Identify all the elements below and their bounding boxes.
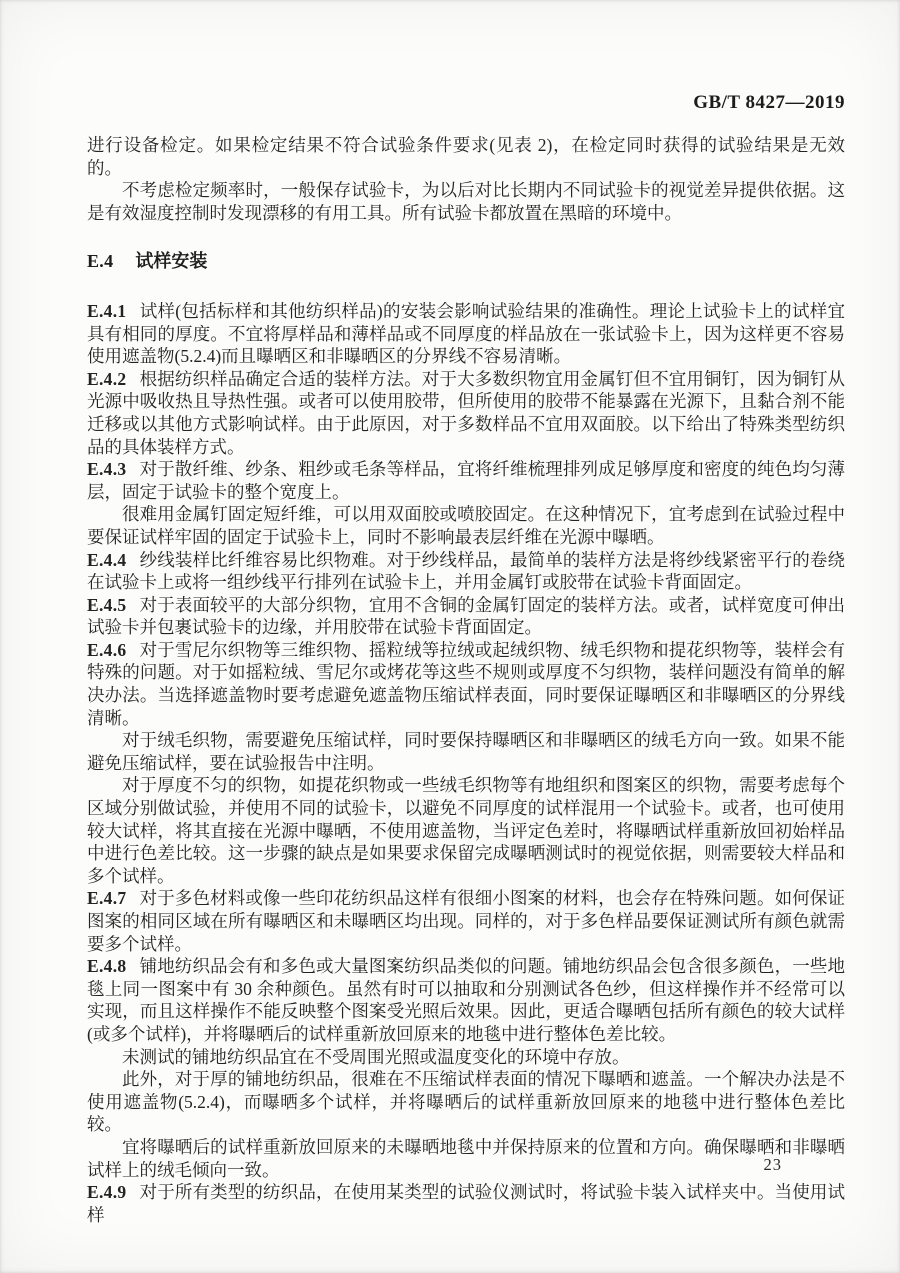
paragraph: 不考虑检定频率时，一般保存试验卡，为以后对比长期内不同试验卡的视觉差异提供依据。… xyxy=(87,179,845,224)
paragraph: 进行设备检定。如果检定结果不符合试验条件要求(见表 2)，在检定同时获得的试验结… xyxy=(87,134,845,179)
section-heading: E.4试样安装 xyxy=(87,250,845,273)
paragraph: E.4.4纱线装样比纤维容易比织物难。对于纱线样品，最简单的装样方法是将纱线紧密… xyxy=(87,549,845,594)
clause-label: E.4.9 xyxy=(87,1182,126,1202)
paragraph: E.4.5对于表面较平的大部分织物，宜用不含铜的金属钉固定的装样方法。或者，试样… xyxy=(87,594,845,639)
paragraph-text: 对于雪尼尔织物等三维织物、摇粒绒等拉绒或起绒织物、绒毛织物和提花织物等，装样会有… xyxy=(87,640,845,728)
paragraph-text: 对于厚度不匀的织物，如提花织物或一些绒毛织物等有地组织和图案区的织物，需要考虑每… xyxy=(87,775,845,885)
paragraph: 此外，对于厚的铺地纺织品，很难在不压缩试样表面的情况下曝晒和遮盖。一个解决办法是… xyxy=(87,1068,845,1136)
document-page: GB/T 8427—2019 进行设备检定。如果检定结果不符合试验条件要求(见表… xyxy=(0,0,900,1273)
paragraph-text: 进行设备检定。如果检定结果不符合试验条件要求(见表 2)，在检定同时获得的试验结… xyxy=(87,135,845,178)
paragraph-text: 纱线装样比纤维容易比织物难。对于纱线样品，最简单的装样方法是将纱线紧密平行的卷绕… xyxy=(87,550,845,593)
paragraph: 未测试的铺地纺织品宜在不受周围光照或温度变化的环境中存放。 xyxy=(87,1046,845,1069)
paragraph-text: 对于多色材料或像一些印花纺织品这样有很细小图案的材料，也会存在特殊问题。如何保证… xyxy=(87,888,845,953)
paragraph: E.4.7对于多色材料或像一些印花纺织品这样有很细小图案的材料，也会存在特殊问题… xyxy=(87,887,845,955)
paragraph-text: 对于所有类型的纺织品，在使用某类型的试验仪测试时，将试验卡装入试样夹中。当使用试… xyxy=(87,1182,845,1225)
page-number: 23 xyxy=(764,1155,783,1175)
clause-label: E.4.8 xyxy=(87,956,126,976)
paragraph: 对于厚度不匀的织物，如提花织物或一些绒毛织物等有地组织和图案区的织物，需要考虑每… xyxy=(87,774,845,887)
clause-label: E.4 xyxy=(87,251,113,271)
section-heading-text: 试样安装 xyxy=(135,251,207,271)
paragraph-text: 对于表面较平的大部分织物，宜用不含铜的金属钉固定的装样方法。或者，试样宽度可伸出… xyxy=(87,595,845,638)
clause-label: E.4.7 xyxy=(87,888,126,908)
standard-code: GB/T 8427—2019 xyxy=(693,92,845,114)
paragraph-text: 宜将曝晒后的试样重新放回原来的未曝晒地毯中并保持原来的位置和方向。确保曝晒和非曝… xyxy=(87,1137,845,1180)
paragraph: E.4.1试样(包括标样和其他纺织样品)的安装会影响试验结果的准确性。理论上试验… xyxy=(87,300,845,368)
clause-label: E.4.4 xyxy=(87,550,126,570)
clause-label: E.4.6 xyxy=(87,640,126,660)
document-body: 进行设备检定。如果检定结果不符合试验条件要求(见表 2)，在检定同时获得的试验结… xyxy=(87,134,845,1226)
clause-label: E.4.1 xyxy=(87,301,126,321)
paragraph: E.4.2根据纺织样品确定合适的装样方法。对于大多数织物宜用金属钉但不宜用铜钉，… xyxy=(87,368,845,458)
paragraph-text: 对于散纤维、纱条、粗纱或毛条等样品，宜将纤维梳理排列成足够厚度和密度的纯色均匀薄… xyxy=(87,459,845,502)
paragraph: E.4.3对于散纤维、纱条、粗纱或毛条等样品，宜将纤维梳理排列成足够厚度和密度的… xyxy=(87,458,845,503)
clause-label: E.4.3 xyxy=(87,459,126,479)
paragraph-text: 很难用金属钉固定短纤维，可以用双面胶或喷胶固定。在这种情况下，宜考虑到在试验过程… xyxy=(87,504,845,547)
paragraph-text: 未测试的铺地纺织品宜在不受周围光照或温度变化的环境中存放。 xyxy=(122,1047,630,1067)
paragraph: E.4.8铺地纺织品会有和多色或大量图案纺织品类似的问题。铺地纺织品会包含很多颜… xyxy=(87,955,845,1045)
paragraph-text: 此外，对于厚的铺地纺织品，很难在不压缩试样表面的情况下曝晒和遮盖。一个解决办法是… xyxy=(87,1069,845,1134)
paragraph-text: 铺地纺织品会有和多色或大量图案纺织品类似的问题。铺地纺织品会包含很多颜色，一些地… xyxy=(87,956,845,1044)
paragraph-text: 试样(包括标样和其他纺织样品)的安装会影响试验结果的准确性。理论上试验卡上的试样… xyxy=(87,301,845,366)
paragraph-text: 不考虑检定频率时，一般保存试验卡，为以后对比长期内不同试验卡的视觉差异提供依据。… xyxy=(87,180,845,223)
paragraph: 很难用金属钉固定短纤维，可以用双面胶或喷胶固定。在这种情况下，宜考虑到在试验过程… xyxy=(87,503,845,548)
paragraph-text: 根据纺织样品确定合适的装样方法。对于大多数织物宜用金属钉但不宜用铜钉，因为铜钉从… xyxy=(87,369,845,457)
paragraph: 宜将曝晒后的试样重新放回原来的未曝晒地毯中并保持原来的位置和方向。确保曝晒和非曝… xyxy=(87,1136,845,1181)
paragraph-text: 对于绒毛织物，需要避免压缩试样，同时要保持曝晒区和非曝晒区的绒毛方向一致。如果不… xyxy=(87,730,845,773)
clause-label: E.4.2 xyxy=(87,369,126,389)
clause-label: E.4.5 xyxy=(87,595,126,615)
paragraph: 对于绒毛织物，需要避免压缩试样，同时要保持曝晒区和非曝晒区的绒毛方向一致。如果不… xyxy=(87,729,845,774)
paragraph: E.4.9对于所有类型的纺织品，在使用某类型的试验仪测试时，将试验卡装入试样夹中… xyxy=(87,1181,845,1226)
paragraph: E.4.6对于雪尼尔织物等三维织物、摇粒绒等拉绒或起绒织物、绒毛织物和提花织物等… xyxy=(87,639,845,729)
